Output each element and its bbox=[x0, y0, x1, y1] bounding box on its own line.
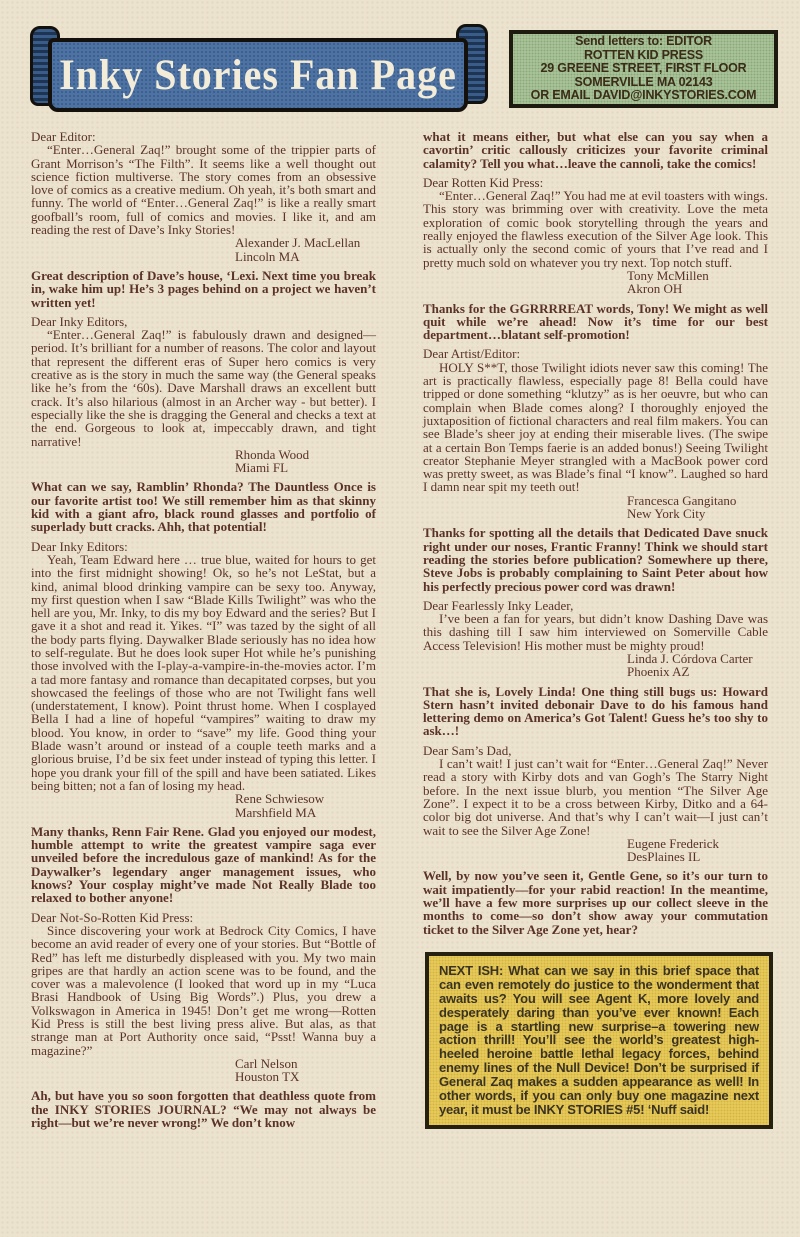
editor-response: Ah, but have you so soon forgotten that … bbox=[31, 1089, 376, 1129]
letter-body: I can’t wait! I just can’t wait for “Ent… bbox=[423, 757, 768, 837]
letter-salutation: Dear Fearlessly Inky Leader, bbox=[423, 599, 768, 612]
signature-line: DesPlaines IL bbox=[627, 850, 768, 863]
editor-response: Thanks for spotting all the details that… bbox=[423, 526, 768, 592]
letter-salutation: Dear Editor: bbox=[31, 130, 376, 143]
letter-salutation: Dear Sam’s Dad, bbox=[423, 744, 768, 757]
signature-line: Phoenix AZ bbox=[627, 665, 768, 678]
letter-salutation: Dear Inky Editors: bbox=[31, 540, 376, 553]
letter-signature: Alexander J. MacLellanLincoln MA bbox=[235, 236, 376, 263]
signature-line: Lincoln MA bbox=[235, 250, 376, 263]
signature-line: Rene Schwiesow bbox=[235, 792, 376, 805]
letter-body: Since discovering your work at Bedrock C… bbox=[31, 924, 376, 1057]
page-title: Inky Stories Fan Page bbox=[59, 53, 457, 96]
editor-response: That she is, Lovely Linda! One thing sti… bbox=[423, 685, 768, 738]
mailing-line: 29 GREENE STREET, FIRST FLOOR bbox=[540, 62, 746, 75]
mailing-line: Send letters to: EDITOR bbox=[575, 35, 712, 48]
editor-response: Great description of Dave’s house, ‘Lexi… bbox=[31, 269, 376, 309]
mailing-line: SOMERVILLE MA 02143 bbox=[575, 76, 713, 89]
editor-response: what it means either, but what else can … bbox=[423, 130, 768, 170]
signature-line: Alexander J. MacLellan bbox=[235, 236, 376, 249]
letter-body: Yeah, Team Edward here … true blue, wait… bbox=[31, 553, 376, 792]
letter-signature: Carl NelsonHouston TX bbox=[235, 1057, 376, 1084]
editor-response: What can we say, Ramblin’ Rhonda? The Da… bbox=[31, 480, 376, 533]
mailing-email-line: OR EMAIL DAVID@INKYSTORIES.COM bbox=[531, 89, 757, 102]
letter-salutation: Dear Not-So-Rotten Kid Press: bbox=[31, 911, 376, 924]
signature-line: Akron OH bbox=[627, 282, 768, 295]
letter-body: “Enter…General Zaq!” is fabulously drawn… bbox=[31, 328, 376, 448]
letter-body: “Enter…General Zaq!” You had me at evil … bbox=[423, 189, 768, 269]
signature-line: Marshfield MA bbox=[235, 806, 376, 819]
next-issue-box: NEXT ISH: What can we say in this brief … bbox=[425, 952, 773, 1129]
letter-body: “Enter…General Zaq!” brought some of the… bbox=[31, 143, 376, 236]
signature-line: Linda J. Córdova Carter bbox=[627, 652, 768, 665]
editor-response: Thanks for the GGRRRREAT words, Tony! We… bbox=[423, 302, 768, 342]
letter-body: HOLY S**T, those Twilight idiots never s… bbox=[423, 361, 768, 494]
editor-response: Well, by now you’ve seen it, Gentle Gene… bbox=[423, 869, 768, 935]
signature-line: Houston TX bbox=[235, 1070, 376, 1083]
letter-signature: Tony McMillenAkron OH bbox=[627, 269, 768, 296]
letter-body: I’ve been a fan for years, but didn’t kn… bbox=[423, 612, 768, 652]
editor-response: Many thanks, Renn Fair Rene. Glad you en… bbox=[31, 825, 376, 905]
signature-line: New York City bbox=[627, 507, 768, 520]
letters-column-left: Dear Editor:“Enter…General Zaq!” brought… bbox=[31, 130, 376, 1129]
letter-signature: Rene SchwiesowMarshfield MA bbox=[235, 792, 376, 819]
letter-signature: Rhonda WoodMiami FL bbox=[235, 448, 376, 475]
signature-line: Eugene Frederick bbox=[627, 837, 768, 850]
letter-signature: Eugene FrederickDesPlaines IL bbox=[627, 837, 768, 864]
next-issue-text: NEXT ISH: What can we say in this brief … bbox=[439, 964, 759, 1117]
letter-salutation: Dear Artist/Editor: bbox=[423, 347, 768, 360]
signature-line: Tony McMillen bbox=[627, 269, 768, 282]
banner-ribbon: Inky Stories Fan Page bbox=[48, 38, 468, 112]
letter-salutation: Dear Inky Editors, bbox=[31, 315, 376, 328]
mailing-address-box: Send letters to: EDITOR ROTTEN KID PRESS… bbox=[509, 30, 778, 108]
signature-line: Rhonda Wood bbox=[235, 448, 376, 461]
signature-line: Francesca Gangitano bbox=[627, 494, 768, 507]
signature-line: Miami FL bbox=[235, 461, 376, 474]
fan-page: Inky Stories Fan Page Send letters to: E… bbox=[0, 0, 800, 1237]
signature-line: Carl Nelson bbox=[235, 1057, 376, 1070]
letter-signature: Francesca GangitanoNew York City bbox=[627, 494, 768, 521]
letter-salutation: Dear Rotten Kid Press: bbox=[423, 176, 768, 189]
mailing-line: ROTTEN KID PRESS bbox=[584, 49, 703, 62]
letters-column-right: what it means either, but what else can … bbox=[423, 130, 768, 1129]
letter-signature: Linda J. Córdova CarterPhoenix AZ bbox=[627, 652, 768, 679]
title-banner: Inky Stories Fan Page bbox=[28, 22, 490, 120]
